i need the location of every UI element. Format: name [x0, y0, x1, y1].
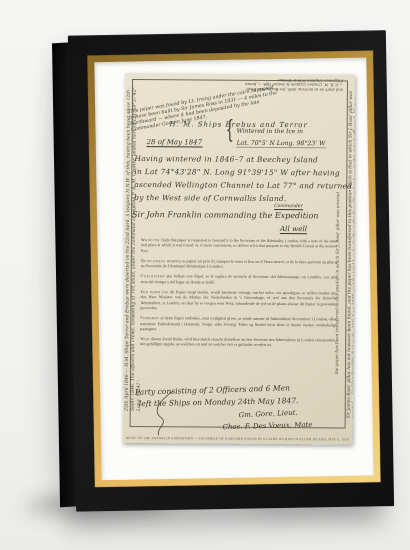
document-paper: This paper was found by Lt. Irving under… [122, 73, 355, 445]
brace-mark: { [226, 117, 234, 146]
franklin-line: Sir John Franklin commanding the Expedit… [132, 210, 318, 220]
voyage-line-2: in Lat 74°43'28" N. Long 91°39'15" W aft… [134, 167, 340, 177]
margin-note-right-inner-vertical: the paper has been transferred to this p… [334, 114, 341, 374]
signature-gore: Gm. Gore, Lieut. [239, 409, 298, 420]
voyage-line-1: Having wintered in 1846–7 at Beechey Isl… [134, 154, 318, 164]
printed-notice-dutch: Een ieder diedit Papier mogt vinden, wor… [140, 289, 336, 312]
printed-notice-german: Werdiesen Zettel findet, wird hier-durch… [140, 336, 336, 348]
picture-frame: This paper was found by Lt. Irving under… [68, 30, 394, 511]
printed-notice-english: Whoeverfinds this paper is requested to … [141, 237, 337, 254]
margin-note-top-inverted: and start on to-morrow, 26th, for Backs … [243, 77, 343, 92]
printed-notices-block: Whoeverfinds this paper is requested to … [140, 237, 337, 353]
notice-text-german: diesen Zettel findet, wird hier-durch er… [140, 336, 336, 347]
margin-note-left-vertical: 25th April 1848 — H.M. Ships Terror and … [125, 79, 145, 411]
voyage-line-4: by the West side of Cornwallis Island. [134, 193, 286, 203]
document-caption: RELIC OF THE FRANKLIN EXPEDITION — FACSI… [123, 436, 353, 442]
commander-label: Commander [274, 204, 303, 210]
notice-text-french: trouvera ce papier est prié d'y marquer … [141, 258, 337, 269]
wintered-line: Wintered in the Ice in [237, 128, 303, 135]
position-line: Lat. 70°5' N Long. 98°23' W [237, 140, 326, 149]
mat-board: This paper was found by Lt. Irving under… [94, 57, 373, 480]
notice-text-danish: af dette Papiir ombedes, naar Leilighed … [140, 315, 336, 331]
framed-artwork: This paper was found by Lt. Irving under… [52, 30, 396, 514]
gold-liner: This paper was found by Lt. Irving under… [87, 50, 380, 487]
all-well-line: All well [280, 224, 307, 234]
notice-text-spanish: que hallare este Papel, se le suplica de… [141, 274, 337, 285]
printed-notice-french: Quinconquetrouvera ce papier est prié d'… [141, 258, 337, 270]
printed-notice-danish: Finderenaf dette Papiir ombedes, naar Le… [140, 315, 336, 332]
date-line: 28 of May 1847 [147, 138, 203, 147]
ink-flourish [149, 389, 193, 437]
notice-text-english: finds this paper is requested to forward… [141, 237, 337, 253]
notice-text-dutch: dit Papier mogt vinden, wordt hiermede v… [140, 289, 336, 310]
voyage-line-3: ascended Wellington Channel to Lat 77° a… [134, 180, 352, 191]
margin-note-right-outer-vertical: Sir James Ross' pillar has not however b… [347, 81, 355, 419]
printed-notice-spanish: Cualquieraque hallare este Papel, se le … [141, 274, 337, 286]
signature-des-voeux: Chas. F. Des Voeux, Mate [223, 421, 313, 432]
